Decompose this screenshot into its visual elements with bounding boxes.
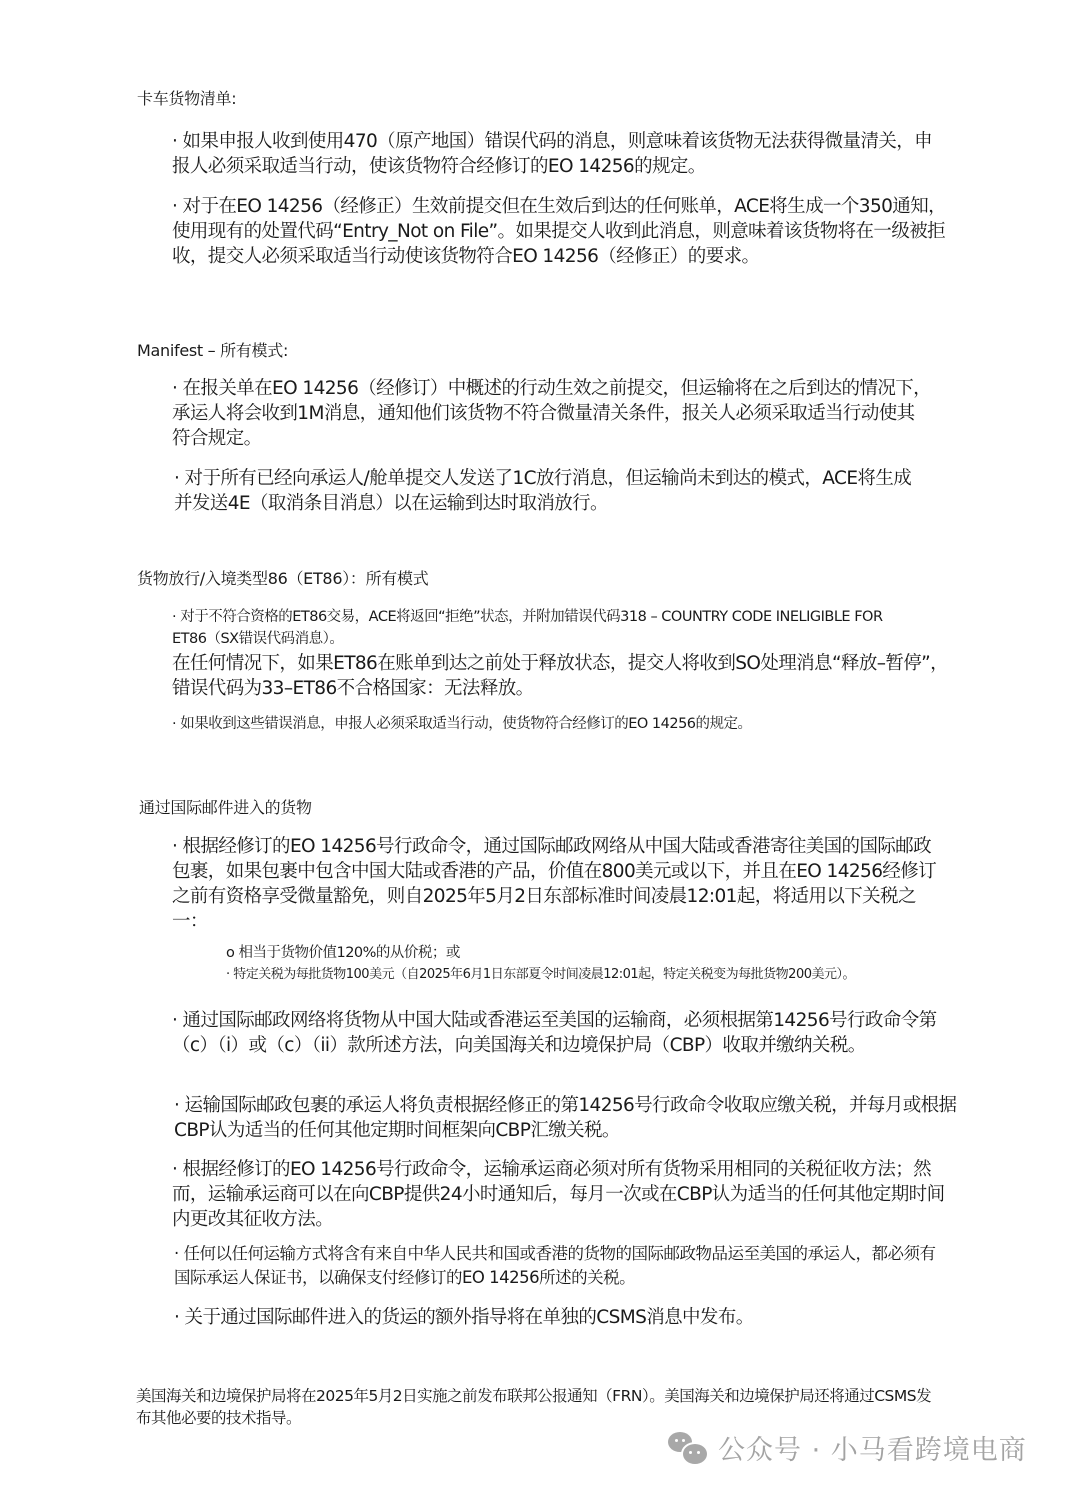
section-heading-manifest: Manifest – 所有模式:: [137, 340, 288, 362]
paragraph: · 对于不符合资格的ET86交易，ACE将返回“拒绝”状态，并附加错误代码318…: [172, 606, 892, 650]
section-heading-et86: 货物放行/入境类型86（ET86）：所有模式: [137, 568, 428, 590]
paragraph: · 任何以任何运输方式将含有来自中华人民共和国或香港的货物的国际邮政物品运至美国…: [174, 1242, 944, 1290]
paragraph: · 通过国际邮政网络将货物从中国大陆或香港运至美国的运输商，必须根据第14256…: [172, 1008, 942, 1058]
paragraph: · 对于所有已经向承运人/舱单提交人发送了1C放行消息，但运输尚未到达的模式，A…: [174, 466, 914, 516]
wechat-icon: [668, 1430, 708, 1466]
paragraph: · 关于通过国际邮件进入的货运的额外指导将在单独的CSMS消息中发布。: [174, 1305, 944, 1330]
paragraph: · 如果申报人收到使用470（原产地国）错误代码的消息，则意味着该货物无法获得微…: [172, 129, 947, 179]
paragraph: · 在报关单在EO 14256（经修订）中概述的行动生效之前提交，但运输将在之后…: [172, 376, 932, 451]
paragraph: 在任何情况下，如果ET86在账单到达之前处于释放状态，提交人将收到SO处理消息“…: [172, 651, 952, 701]
closing-paragraph: 美国海关和边境保护局将在2025年5月2日实施之前发布联邦公报通知（FRN）。美…: [136, 1385, 946, 1429]
paragraph: · 如果收到这些错误消息，申报人必须采取适当行动，使货物符合经修订的EO 142…: [172, 713, 892, 735]
paragraph: · 运输国际邮政包裹的承运人将负责根据经修正的第14256号行政命令收取应缴关税…: [174, 1093, 959, 1143]
paragraph: · 根据经修订的EO 14256号行政命令，通过国际邮政网络从中国大陆或香港寄往…: [172, 834, 947, 934]
paragraph: · 根据经修订的EO 14256号行政命令，运输承运商必须对所有货物采用相同的关…: [172, 1157, 947, 1232]
paragraph: · 对于在EO 14256（经修正）生效前提交但在生效后到达的任何账单，ACE将…: [172, 194, 952, 269]
section-heading-truck-manifest: 卡车货物清单:: [137, 88, 236, 110]
watermark: 公众号 · 小马看跨境电商: [668, 1428, 1027, 1467]
section-heading-international-mail: 通过国际邮件进入的货物: [139, 797, 312, 819]
sub-item: · 特定关税为每批货物100美元（自2025年6月1日东部夏令时间凌晨12:01…: [226, 965, 855, 985]
sub-item: o 相当于货物价值120%的从价税；或: [226, 943, 460, 963]
watermark-text: 公众号 · 小马看跨境电商: [718, 1428, 1027, 1467]
